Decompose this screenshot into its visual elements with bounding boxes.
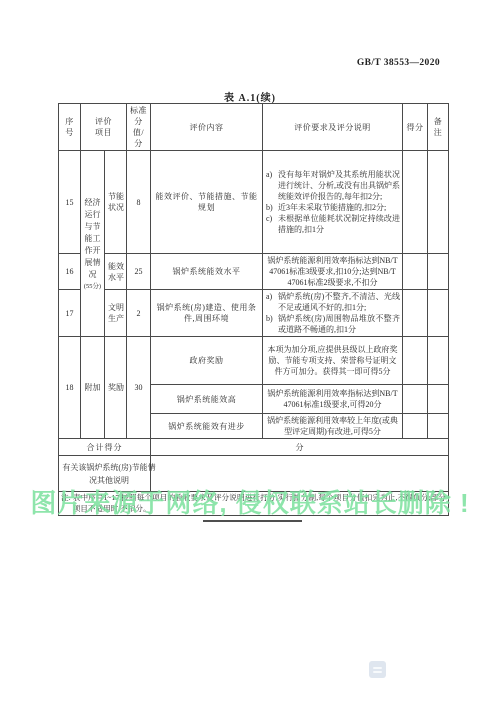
row17-content: 锅炉系统(房)建造、使用条件,周围环境 (151, 290, 263, 337)
requirement-item: c)未根据单位能耗状况制定持续改进措施的,扣1分 (265, 213, 400, 235)
row18-sub2-requirements: 锅炉系统能源利用效率指标达到NB/T 47061标准1级要求,可得20分 (263, 385, 403, 414)
floating-widget-button[interactable] (369, 661, 386, 678)
header-requirement: 评价要求及评分说明 (263, 104, 403, 151)
row18-sub1-requirements: 本项为加分项,应提供县级以上政府奖励、节能专项支持、荣誉称号证明文件方可加分。获… (263, 337, 403, 385)
table-header-row: 序号 评价项目 标准 分值/分 评价内容 评价要求及评分说明 得分 备注 (59, 104, 449, 151)
row17-subitem: 文明生产 (105, 290, 127, 337)
header-item: 评价项目 (81, 104, 127, 151)
table-title: 表 A.1(续) (0, 89, 500, 104)
watermark-text: 图片来源于网络, 侵权联系站长删除 ! (30, 483, 469, 520)
row16-content: 锅炉系统能效水平 (151, 254, 263, 290)
row18-no: 18 (59, 337, 81, 439)
requirement-item: b)近3年未采取节能措施的,扣2分; (265, 202, 400, 213)
row16-value: 25 (127, 254, 151, 290)
requirement-item: a)锅炉系统(房)不整齐,不清洁、光线不足或通风不好的,扣1分; (265, 291, 400, 313)
row16-requirements: 锅炉系统能源利用效率指标达到NB/T 47061标准3级要求,扣10分;达到NB… (263, 254, 403, 290)
row18-sub1-remark-cell (428, 337, 449, 385)
row16-score-cell (403, 254, 428, 290)
document-page: GB/T 38553—2020 表 A.1(续) 序号 评价项目 标准 分值/分… (0, 0, 500, 707)
list-icon (373, 667, 382, 669)
row18-subitem: 奖励 (105, 337, 127, 439)
row18-sub1-content: 政府奖励 (151, 337, 263, 385)
total-unit: 分 (151, 439, 449, 456)
standard-code: GB/T 38553—2020 (357, 58, 440, 68)
row15-remark-cell (428, 151, 449, 254)
row15-no: 15 (59, 151, 81, 254)
header-remark: 备注 (428, 104, 449, 151)
header-score-value: 标准 分值/分 (127, 104, 151, 151)
requirement-item: b)锅炉系统(房)周围物品堆放不整齐或道路不畅通的,扣1分 (265, 313, 400, 335)
row18-sub2-score-cell (403, 385, 428, 414)
row18-sub3-content: 锅炉系统能效有进步 (151, 414, 263, 439)
row18-value: 30 (127, 337, 151, 439)
row17-no: 17 (59, 290, 81, 337)
list-icon (373, 671, 382, 673)
row15-value: 8 (127, 151, 151, 254)
table-row: 18 附加 奖励 30 政府奖励 本项为加分项,应提供县级以上政府奖励、节能专项… (59, 337, 449, 385)
end-divider (203, 520, 302, 522)
row15-requirements: a)没有每年对锅炉及其系统用能状况进行统计、分析,或没有出具锅炉系统能效评价报告… (263, 151, 403, 254)
evaluation-table: 序号 评价项目 标准 分值/分 评价内容 评价要求及评分说明 得分 备注 15 … (58, 103, 449, 516)
row18-sub1-score-cell (403, 337, 428, 385)
row18-sub2-content: 锅炉系统能效高 (151, 385, 263, 414)
row16-subitem: 能效水平 (105, 254, 127, 290)
table-row: 17 文明生产 2 锅炉系统(房)建造、使用条件,周围环境 a)锅炉系统(房)不… (59, 290, 449, 337)
row18-sub3-requirements: 锅炉系统能源利用效率较上年度(或典型评定周期)有改进,可得5分 (263, 414, 403, 439)
row17-score-cell (403, 290, 428, 337)
row18-sub2-remark-cell (428, 385, 449, 414)
row15-score-cell (403, 151, 428, 254)
header-no: 序号 (59, 104, 81, 151)
group-item-name: 经济运行与节能工作开展情况 (83, 197, 102, 281)
group-item-cell: 经济运行与节能工作开展情况 (55分) (81, 151, 105, 337)
row16-no: 16 (59, 254, 81, 290)
row17-value: 2 (127, 290, 151, 337)
row18-item: 附加 (81, 337, 105, 439)
table-row: 16 能效水平 25 锅炉系统能效水平 锅炉系统能源利用效率指标达到NB/T 4… (59, 254, 449, 290)
total-label: 合计得分 (59, 439, 151, 456)
table-row: 15 经济运行与节能工作开展情况 (55分) 节能状况 8 能效评价、节能措施、… (59, 151, 449, 254)
row17-remark-cell (428, 290, 449, 337)
total-row: 合计得分 分 (59, 439, 449, 456)
group-item-score: (55分) (84, 281, 101, 290)
row18-sub3-score-cell (403, 414, 428, 439)
row15-content: 能效评价、节能措施、节能规划 (151, 151, 263, 254)
header-score: 得分 (403, 104, 428, 151)
row16-remark-cell (428, 254, 449, 290)
row17-requirements: a)锅炉系统(房)不整齐,不清洁、光线不足或通风不好的,扣1分; b)锅炉系统(… (263, 290, 403, 337)
row15-subitem: 节能状况 (105, 151, 127, 254)
requirement-item: a)没有每年对锅炉及其系统用能状况进行统计、分析,或没有出具锅炉系统能效评价报告… (265, 169, 400, 202)
row18-sub3-remark-cell (428, 414, 449, 439)
header-content: 评价内容 (151, 104, 263, 151)
